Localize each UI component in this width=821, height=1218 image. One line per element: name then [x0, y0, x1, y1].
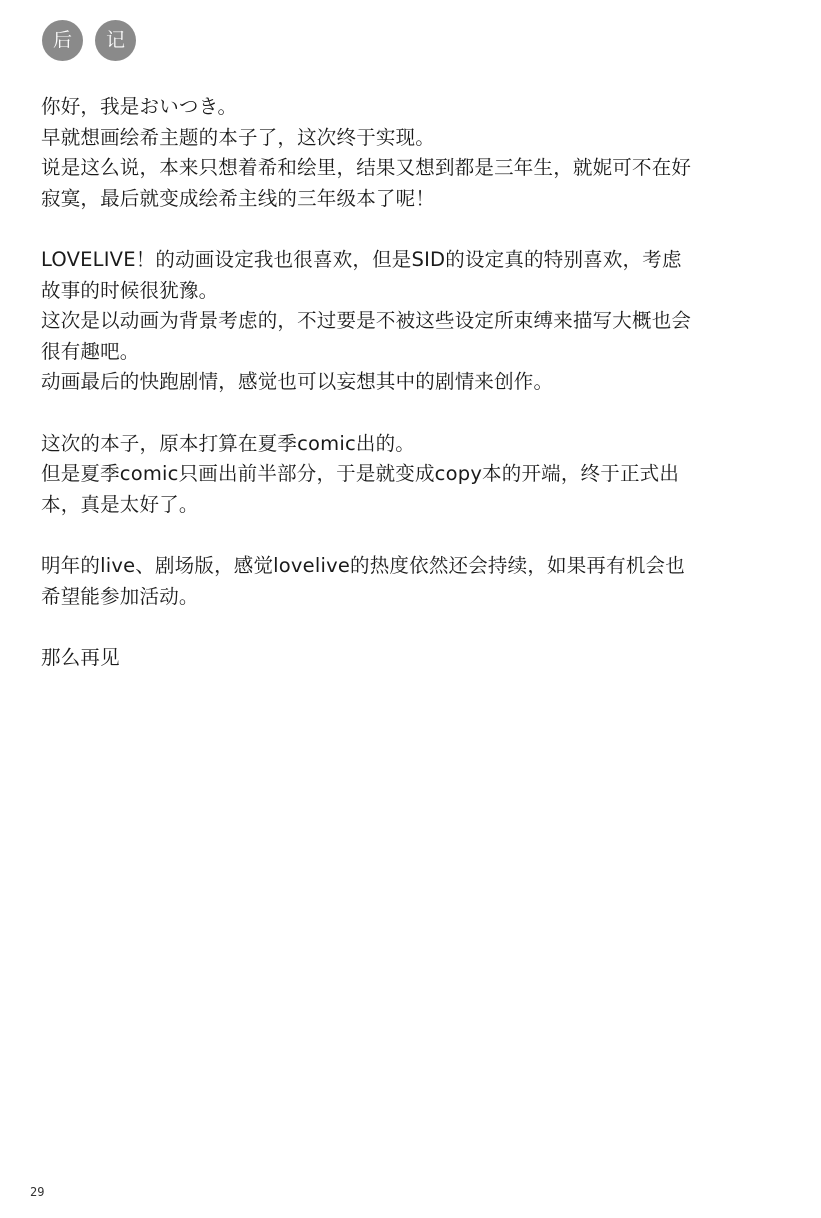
heading-badge-2: 记: [95, 20, 136, 61]
text-line: 明年的live、剧场版，感觉lovelive的热度依然还会持续，如果再有机会也: [41, 551, 781, 582]
paragraph-publication: 这次的本子，原本打算在夏季comic出的。 但是夏季comic只画出前半部分，于…: [41, 429, 781, 521]
text-line: 你好，我是おいつき。: [41, 92, 781, 123]
text-line: 但是夏季comic只画出前半部分，于是就变成copy本的开端，终于正式出: [41, 459, 781, 490]
text-line: 这次的本子，原本打算在夏季comic出的。: [41, 429, 781, 460]
heading-badge-1: 后: [42, 20, 83, 61]
paragraph-setting: LOVELIVE！的动画设定我也很喜欢，但是SID的设定真的特别喜欢，考虑 故事…: [41, 245, 781, 398]
paragraph-farewell: 那么再见: [41, 643, 781, 674]
text-line: 那么再见: [41, 643, 781, 674]
text-line: 早就想画绘希主题的本子了，这次终于实现。: [41, 123, 781, 154]
text-line: 这次是以动画为背景考虑的，不过要是不被这些设定所束缚来描写大概也会: [41, 306, 781, 337]
paragraph-greeting: 你好，我是おいつき。 早就想画绘希主题的本子了，这次终于实现。 说是这么说，本来…: [41, 92, 781, 214]
paragraph-future: 明年的live、剧场版，感觉lovelive的热度依然还会持续，如果再有机会也 …: [41, 551, 781, 612]
text-line: 说是这么说，本来只想着希和绘里，结果又想到都是三年生，就妮可不在好: [41, 153, 781, 184]
afterword-heading: 后 记: [42, 20, 136, 61]
text-line: 很有趣吧。: [41, 337, 781, 368]
page-number: 29: [30, 1185, 44, 1199]
text-line: 故事的时候很犹豫。: [41, 276, 781, 307]
text-line: 寂寞，最后就变成绘希主线的三年级本了呢！: [41, 184, 781, 215]
text-line: 希望能参加活动。: [41, 582, 781, 613]
text-line: LOVELIVE！的动画设定我也很喜欢，但是SID的设定真的特别喜欢，考虑: [41, 245, 781, 276]
text-line: 动画最后的快跑剧情，感觉也可以妄想其中的剧情来创作。: [41, 367, 781, 398]
text-line: 本，真是太好了。: [41, 490, 781, 521]
afterword-body: 你好，我是おいつき。 早就想画绘希主题的本子了，这次终于实现。 说是这么说，本来…: [41, 92, 781, 704]
